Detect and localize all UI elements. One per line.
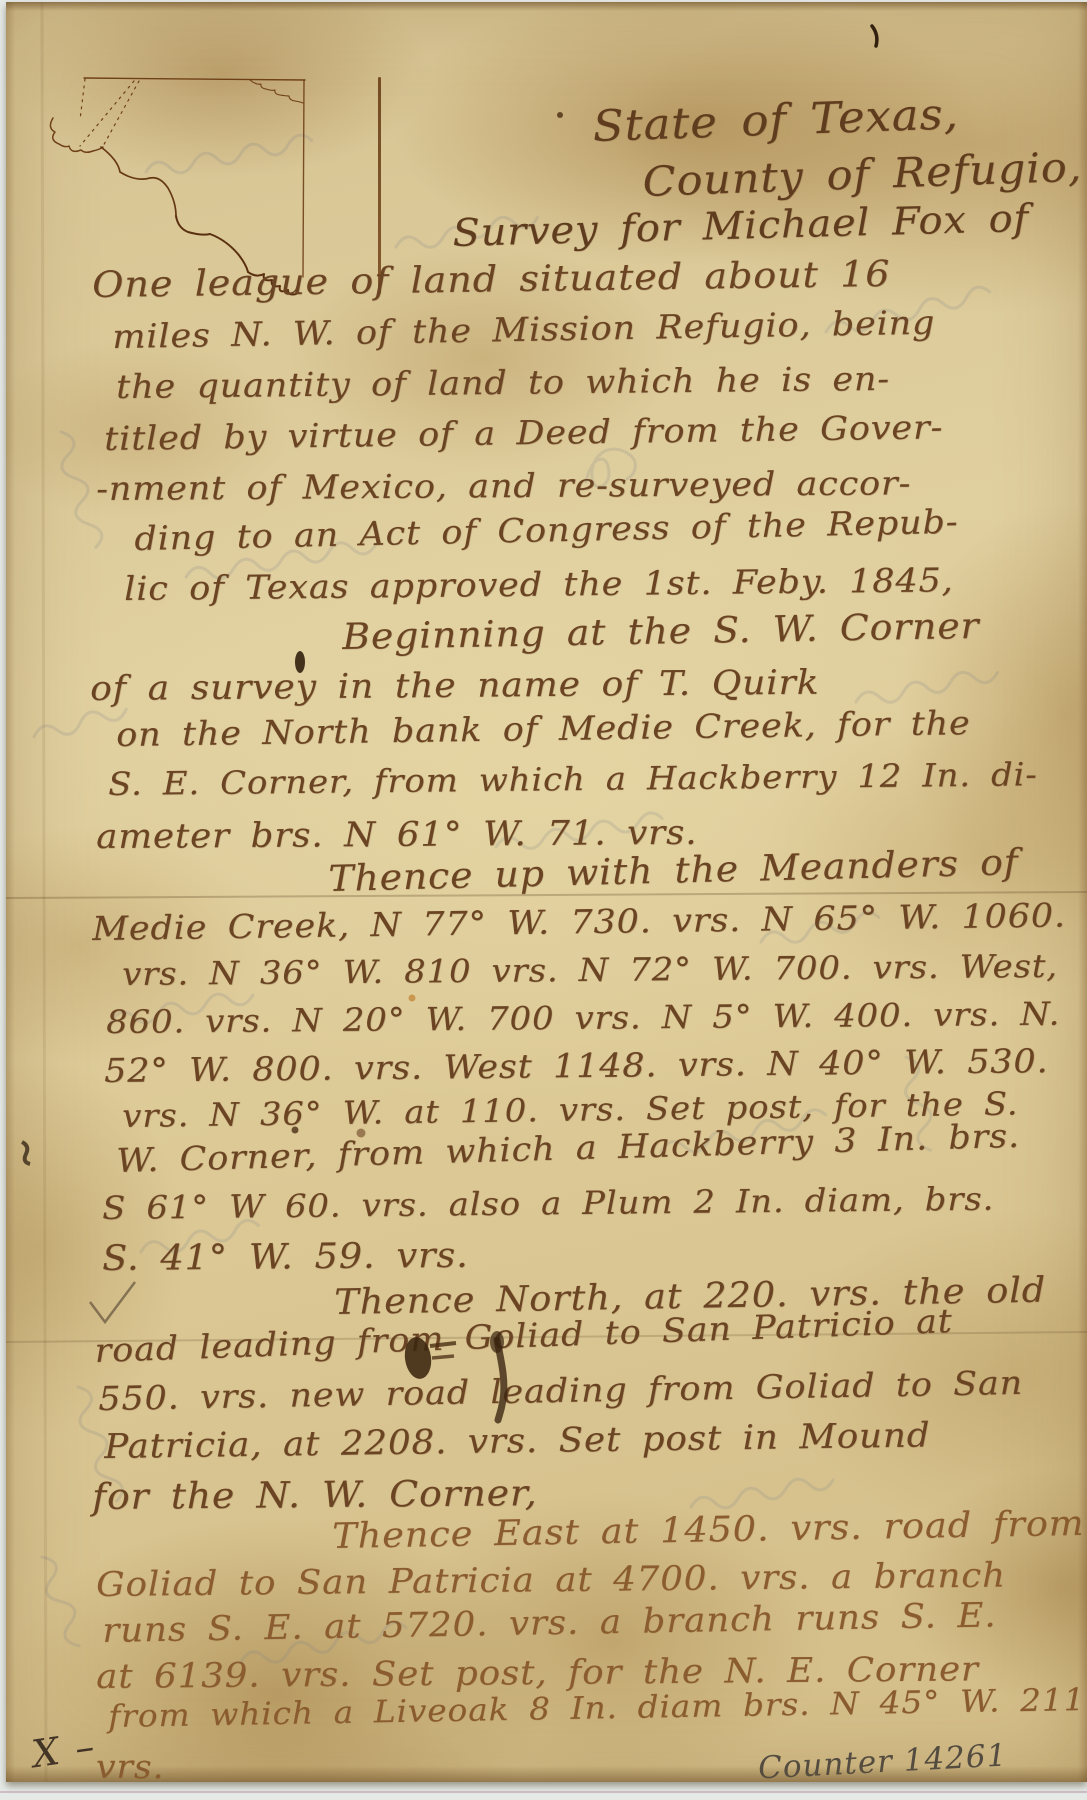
margin-mark — [22, 1142, 30, 1164]
ink-blots-layer — [6, 2, 1087, 1782]
paper-sheet: State of Texas, County of Refugio, Surve… — [6, 2, 1087, 1782]
pen-flick-mark — [872, 26, 877, 46]
scanner-bed-edge — [0, 1791, 1087, 1793]
x-mark: X – — [29, 1724, 99, 1776]
check-mark — [90, 1282, 135, 1322]
